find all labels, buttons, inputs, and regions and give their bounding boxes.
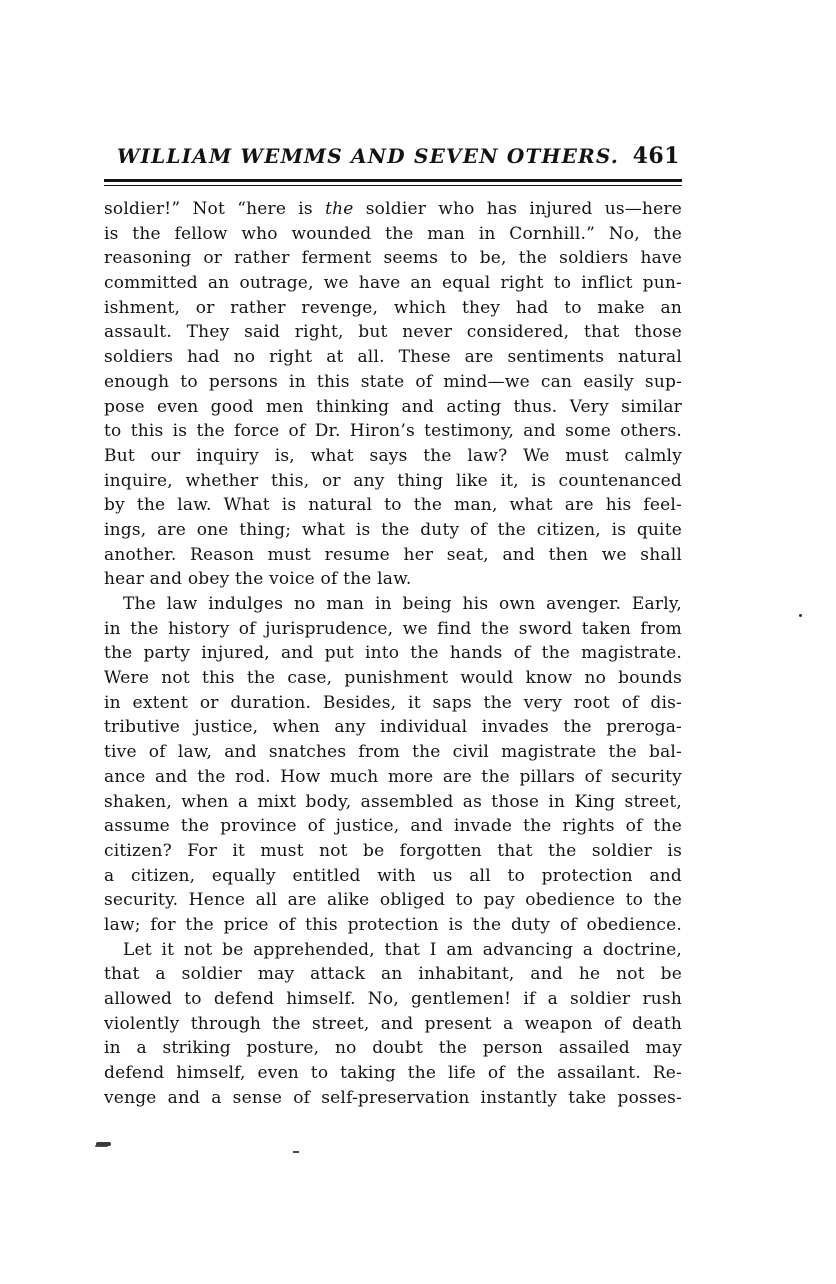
text-line: pose even good men thinking and acting t… xyxy=(104,395,682,420)
header-divider-rule xyxy=(104,179,682,186)
page-body: soldier!” Not “here is the soldier who h… xyxy=(104,197,682,1110)
text-line: is the fellow who wounded the man in Cor… xyxy=(104,222,682,247)
text-line: defend himself, even to taking the life … xyxy=(104,1061,682,1086)
text-line: another. Reason must resume her seat, an… xyxy=(104,543,682,568)
text-line: shaken, when a mixt body, assembled as t… xyxy=(104,790,682,815)
scan-artifact xyxy=(799,614,802,617)
text-line: hear and obey the voice of the law. xyxy=(104,567,682,592)
text-line: allowed to defend himself. No, gentlemen… xyxy=(104,987,682,1012)
text-line: in a striking posture, no doubt the pers… xyxy=(104,1036,682,1061)
text-line: the party injured, and put into the hand… xyxy=(104,641,682,666)
header-title: WILLIAM WEMMS AND SEVEN OTHERS. xyxy=(104,144,682,168)
text-line: security. Hence all are alike obliged to… xyxy=(104,888,682,913)
running-header: WILLIAM WEMMS AND SEVEN OTHERS. 461 xyxy=(104,144,682,174)
text-line: a citizen, equally entitled with us all … xyxy=(104,864,682,889)
text-line: Were not this the case, punishment would… xyxy=(104,666,682,691)
scan-artifact xyxy=(96,1142,111,1146)
text-line: ishment, or rather revenge, which they h… xyxy=(104,296,682,321)
text-line: in the history of jurisprudence, we find… xyxy=(104,617,682,642)
text-line: soldier!” Not “here is the soldier who h… xyxy=(104,197,682,222)
page-number: 461 xyxy=(633,143,680,169)
text-line: law; for the price of this protection is… xyxy=(104,913,682,938)
paragraph: soldier!” Not “here is the soldier who h… xyxy=(104,197,682,592)
text-line: committed an outrage, we have an equal r… xyxy=(104,271,682,296)
text-line: But our inquiry is, what says the law? W… xyxy=(104,444,682,469)
text-line: venge and a sense of self-preservation i… xyxy=(104,1086,682,1111)
text-line: tributive justice, when any individual i… xyxy=(104,715,682,740)
text-line: soldiers had no right at all. These are … xyxy=(104,345,682,370)
scan-artifact xyxy=(293,1151,299,1153)
paragraph: Let it not be apprehended, that I am adv… xyxy=(104,938,682,1111)
text-line: by the law. What is natural to the man, … xyxy=(104,493,682,518)
text-line: tive of law, and snatches from the civil… xyxy=(104,740,682,765)
text-line: reasoning or rather ferment seems to be,… xyxy=(104,246,682,271)
text-line: ings, are one thing; what is the duty of… xyxy=(104,518,682,543)
text-line: citizen? For it must not be forgotten th… xyxy=(104,839,682,864)
text-line: inquire, whether this, or any thing like… xyxy=(104,469,682,494)
text-line: that a soldier may attack an inhabitant,… xyxy=(104,962,682,987)
text-line: assume the province of justice, and inva… xyxy=(104,814,682,839)
text-line: violently through the street, and presen… xyxy=(104,1012,682,1037)
text-line: assault. They said right, but never cons… xyxy=(104,320,682,345)
text-line: in extent or duration. Besides, it saps … xyxy=(104,691,682,716)
text-line: enough to persons in this state of mind—… xyxy=(104,370,682,395)
text-line: Let it not be apprehended, that I am adv… xyxy=(104,938,682,963)
paragraph: The law indulges no man in being his own… xyxy=(104,592,682,938)
text-line: ance and the rod. How much more are the … xyxy=(104,765,682,790)
scanned-book-page: WILLIAM WEMMS AND SEVEN OTHERS. 461 sold… xyxy=(0,0,836,1284)
text-line: to this is the force of Dr. Hiron’s test… xyxy=(104,419,682,444)
text-line: The law indulges no man in being his own… xyxy=(104,592,682,617)
